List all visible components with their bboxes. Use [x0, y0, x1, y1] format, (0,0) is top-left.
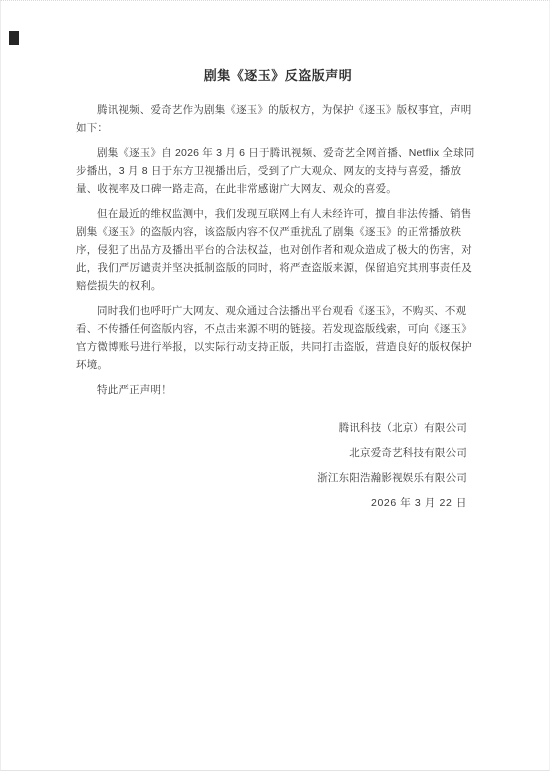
- paragraph-piracy-found: 但在最近的维权监测中，我们发现互联网上有人未经许可，擅自非法传播、销售剧集《逐玉…: [76, 205, 480, 295]
- signature-block: 腾讯科技（北京）有限公司 北京爱奇艺科技有限公司 浙江东阳浩瀚影视娱乐有限公司 …: [76, 419, 480, 512]
- signature-company-2: 北京爱奇艺科技有限公司: [76, 444, 467, 462]
- signature-company-1: 腾讯科技（北京）有限公司: [76, 419, 467, 437]
- paragraph-intro: 腾讯视频、爱奇艺作为剧集《逐玉》的版权方，为保护《逐玉》版权事宜，声明如下：: [76, 101, 480, 137]
- statement-document: 剧集《逐玉》反盗版声明 腾讯视频、爱奇艺作为剧集《逐玉》的版权方，为保护《逐玉》…: [76, 67, 480, 512]
- statement-page: 剧集《逐玉》反盗版声明 腾讯视频、爱奇艺作为剧集《逐玉》的版权方，为保护《逐玉》…: [0, 0, 550, 771]
- paragraph-appeal: 同时我们也呼吁广大网友、观众通过合法播出平台观看《逐玉》，不购买、不观看、不传播…: [76, 302, 480, 374]
- paragraph-declaration: 特此严正声明！: [76, 381, 480, 399]
- signature-company-3: 浙江东阳浩瀚影视娱乐有限公司: [76, 469, 467, 487]
- corner-mark: [9, 31, 19, 45]
- paragraph-broadcast-info: 剧集《逐玉》自 2026 年 3 月 6 日于腾讯视频、爱奇艺全网首播、Netf…: [76, 144, 480, 198]
- signature-date: 2026 年 3 月 22 日: [76, 494, 467, 512]
- document-title: 剧集《逐玉》反盗版声明: [76, 67, 480, 85]
